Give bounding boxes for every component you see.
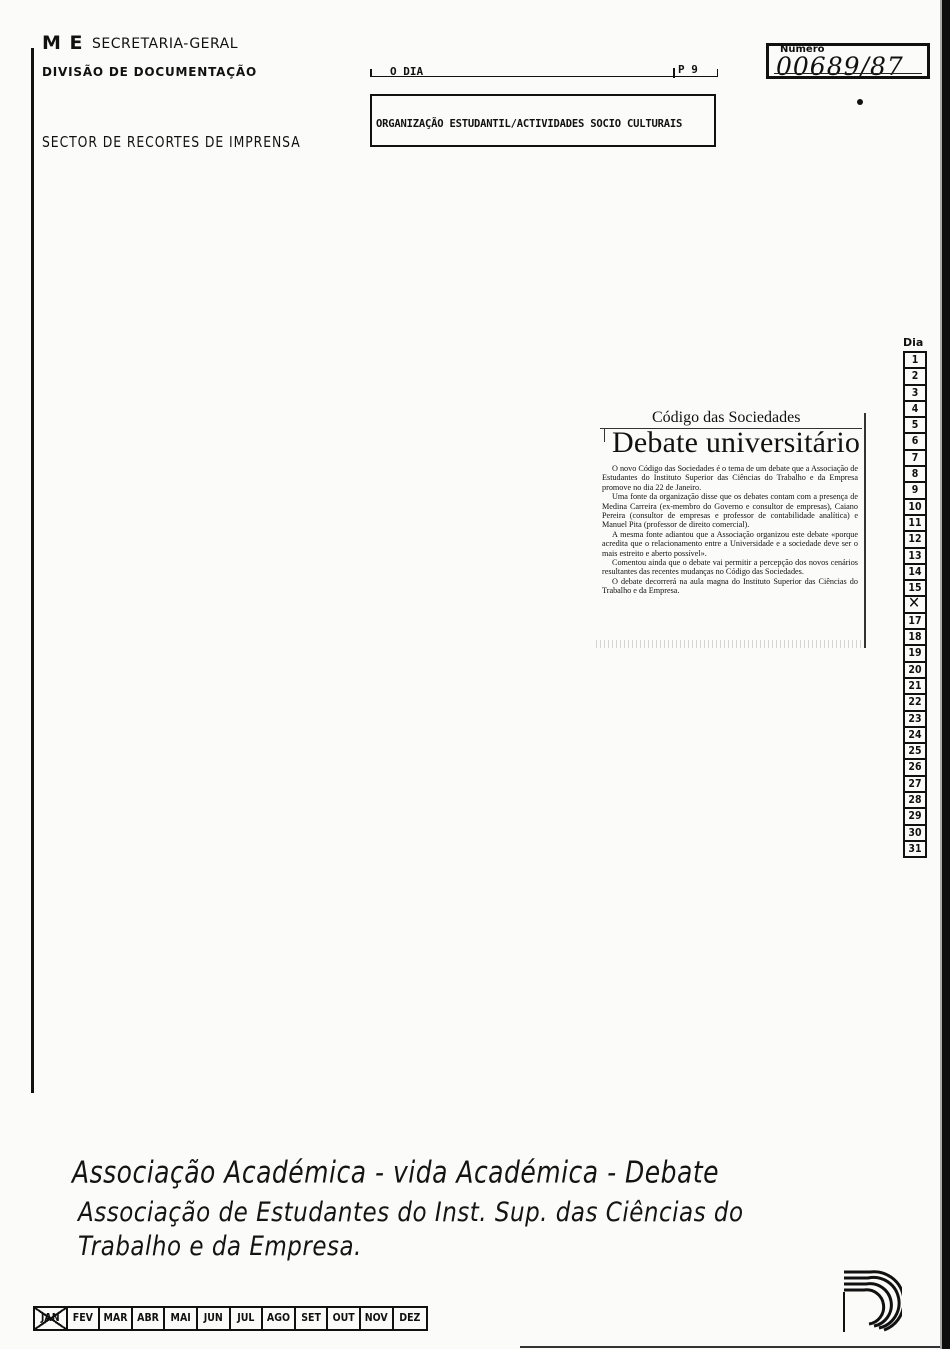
handwritten-note: Associação Académica - vida Académica - … <box>72 1155 719 1190</box>
day-cell-14: 14 <box>905 565 925 581</box>
institution-logo-icon <box>842 1266 902 1336</box>
month-cell-dez: DEZ <box>394 1308 427 1329</box>
month-cell-jan: JAN <box>35 1308 68 1329</box>
month-cell-abr: ABR <box>133 1308 166 1329</box>
month-cell-mai: MAI <box>165 1308 198 1329</box>
handwritten-note: Trabalho e da Empresa. <box>78 1232 362 1262</box>
day-cell-21: 21 <box>905 679 925 695</box>
publication-name: O DIA <box>390 65 423 78</box>
ministry-abbreviation: M E <box>42 32 84 54</box>
day-cell-31: 31 <box>905 842 925 858</box>
scan-edge-shadow <box>940 0 942 1349</box>
day-cell-18: 18 <box>905 630 925 646</box>
source-divider <box>673 68 675 78</box>
day-cell-19: 19 <box>905 646 925 662</box>
day-cell-9: 9 <box>905 483 925 499</box>
scan-edge <box>942 0 950 1349</box>
day-cell-17: 17 <box>905 614 925 630</box>
left-margin-rule <box>31 48 34 1093</box>
topic-text: ORGANIZAÇÃO ESTUDANTIL/ACTIVIDADES SOCIO… <box>376 118 682 130</box>
day-cell-5: 5 <box>905 418 925 434</box>
day-cell-25: 25 <box>905 744 925 760</box>
day-column: 1234567891011121314151718192021222324252… <box>903 351 927 858</box>
clipping-edge-right <box>864 413 866 648</box>
day-cell-26: 26 <box>905 760 925 776</box>
speck <box>857 99 863 105</box>
day-cell-27: 27 <box>905 777 925 793</box>
month-cell-set: SET <box>296 1308 329 1329</box>
month-cell-fev: FEV <box>68 1308 101 1329</box>
day-cell-2: 2 <box>905 369 925 385</box>
day-cell-16 <box>905 597 925 613</box>
month-cell-out: OUT <box>328 1308 361 1329</box>
day-cell-1: 1 <box>905 353 925 369</box>
clipping-paragraph: Uma fonte da organização disse que os de… <box>602 492 858 530</box>
clipping-edge-left <box>604 428 605 442</box>
day-cell-11: 11 <box>905 516 925 532</box>
day-cell-8: 8 <box>905 467 925 483</box>
day-cell-10: 10 <box>905 500 925 516</box>
clipping-scan-noise <box>596 640 862 648</box>
month-row: JANFEVMARABRMAIJUNJULAGOSETOUTNOVDEZ <box>33 1306 428 1331</box>
month-cell-ago: AGO <box>263 1308 296 1329</box>
sector-title: SECTOR DE RECORTES DE IMPRENSA <box>42 133 301 151</box>
day-cell-13: 13 <box>905 549 925 565</box>
scan-bottom-edge <box>520 1346 940 1348</box>
day-cell-22: 22 <box>905 695 925 711</box>
day-cell-20: 20 <box>905 663 925 679</box>
day-cell-6: 6 <box>905 434 925 450</box>
day-cell-24: 24 <box>905 728 925 744</box>
month-cell-jun: JUN <box>198 1308 231 1329</box>
clipping-kicker: Código das Sociedades <box>652 409 800 427</box>
number-underline <box>774 73 922 74</box>
day-cell-7: 7 <box>905 451 925 467</box>
clipping-paragraph: O debate decorrerá na aula magna do Inst… <box>602 577 858 596</box>
division-title: DIVISÃO DE DOCUMENTAÇÃO <box>42 65 257 79</box>
clipping-paragraph: Comentou ainda que o debate vai permitir… <box>602 558 858 577</box>
month-cell-nov: NOV <box>361 1308 394 1329</box>
month-cell-mar: MAR <box>100 1308 133 1329</box>
page-number: P 9 <box>678 63 698 76</box>
day-cell-30: 30 <box>905 826 925 842</box>
clipping-paragraph: O novo Código das Sociedades é o tema de… <box>602 464 858 492</box>
clipping-headline: Debate universitário <box>612 426 860 460</box>
secretariat-title: SECRETARIA-GERAL <box>92 36 238 52</box>
handwritten-note: Associação de Estudantes do Inst. Sup. d… <box>78 1198 744 1228</box>
day-cell-23: 23 <box>905 712 925 728</box>
clipping-body: O novo Código das Sociedades é o tema de… <box>602 464 858 596</box>
number-value: 00689/87 <box>776 52 904 81</box>
clipping-paragraph: A mesma fonte adiantou que a Associação … <box>602 530 858 558</box>
day-cell-28: 28 <box>905 793 925 809</box>
day-column-label: Dia <box>903 336 923 349</box>
day-cell-12: 12 <box>905 532 925 548</box>
month-cell-jul: JUL <box>231 1308 264 1329</box>
day-cell-4: 4 <box>905 402 925 418</box>
day-cell-3: 3 <box>905 386 925 402</box>
day-cell-29: 29 <box>905 809 925 825</box>
